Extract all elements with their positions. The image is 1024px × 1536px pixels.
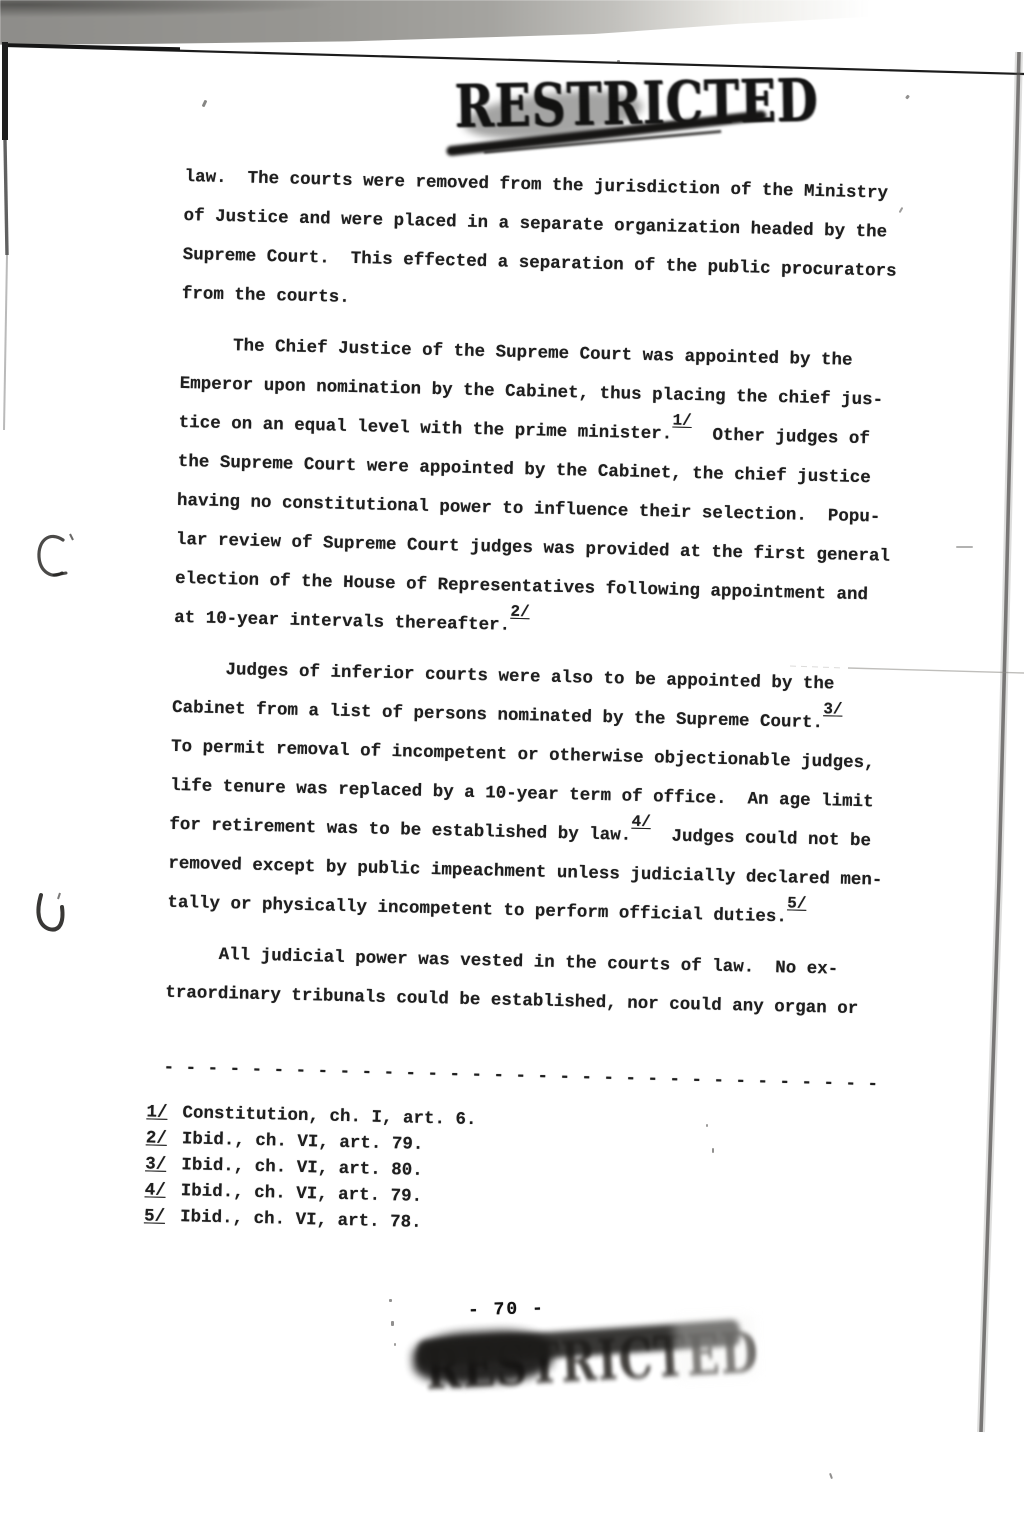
- line-text: election of the House of Representatives…: [175, 569, 868, 605]
- footnote-reference-marker: 3/: [823, 700, 843, 718]
- footnote-reference-marker: 1/: [672, 412, 692, 430]
- scanned-document-page: { "stamps": { "top_text": "RESTRICTED", …: [0, 0, 1024, 1536]
- margin-mark-circle-2: [38, 895, 62, 930]
- line-text: tice on an equal level with the prime mi…: [179, 413, 673, 445]
- noise-speck: [391, 1321, 394, 1326]
- footnote-text: Constitution, ch. I, art. 6.: [182, 1103, 476, 1130]
- line-text: traordinary tribunals could be establish…: [165, 983, 858, 1019]
- line-text: tally or physically incompetent to perfo…: [167, 893, 787, 928]
- noise-speck: [706, 1124, 708, 1127]
- footnote-reference-marker: 2/: [510, 603, 530, 621]
- line-text: for retirement was to be established by …: [169, 815, 631, 846]
- paragraph: The Chief Justice of the Supreme Court w…: [174, 326, 941, 656]
- line-text: Cabinet from a list of persons nominated…: [172, 698, 823, 733]
- line-text: To permit removal of incompetent or othe…: [171, 737, 875, 774]
- line-text: Emperor upon nomination by the Cabinet, …: [179, 374, 883, 411]
- line-text: removed except by public impeachment unl…: [168, 854, 882, 891]
- footnote-text: Ibid., ch. VI, art. 80.: [181, 1155, 423, 1181]
- line-text: at 10-year intervals thereafter.: [174, 608, 510, 636]
- line-text: lar review of Supreme Court judges was p…: [176, 530, 890, 567]
- line-text: from the courts.: [182, 284, 350, 308]
- footnote-number: 1/: [146, 1102, 167, 1122]
- paragraph: All judicial power was vested in the cou…: [165, 935, 927, 1031]
- footnote-reference-marker: 5/: [787, 894, 807, 912]
- footnote-number: 5/: [144, 1206, 165, 1226]
- typed-text-block: law. The courts were removed from the ju…: [160, 158, 945, 1248]
- margin-mark-circle-1: [39, 536, 63, 575]
- footnotes-block: 1/Constitution, ch. I, art. 6.2/Ibid., c…: [144, 1099, 923, 1247]
- line-text: Supreme Court. This effected a separatio…: [182, 245, 896, 282]
- line-text: The Chief Justice of the Supreme Court w…: [180, 335, 852, 371]
- line-text: law. The courts were removed from the ju…: [184, 167, 888, 204]
- stamp-fade: [673, 1315, 756, 1379]
- line-text: the Supreme Court were appointed by the …: [178, 452, 871, 488]
- footnote-separator-dashes: - - - - - - - - - - - - - - - - - - - - …: [163, 1049, 924, 1106]
- line-text: Judges of inferior courts were also to b…: [173, 659, 835, 695]
- footnote-text: Ibid., ch. VI, art. 78.: [180, 1207, 422, 1233]
- restricted-stamp-top: RESTRICTED: [454, 67, 785, 153]
- line-text: of Justice and were placed in a separate…: [183, 206, 887, 243]
- noise-speck: [389, 1299, 392, 1302]
- line-text: All judicial power was vested in the cou…: [166, 944, 838, 980]
- noise-speck: [394, 1343, 396, 1346]
- paragraph: Judges of inferior courts were also to b…: [167, 650, 933, 941]
- body-paragraphs: law. The courts were removed from the ju…: [165, 158, 945, 1031]
- noise-speck: [956, 546, 973, 548]
- line-text: having no constitutional power to influe…: [177, 491, 881, 528]
- line-text: Judges could not be: [650, 826, 871, 851]
- footnote-reference-marker: 4/: [631, 813, 651, 831]
- noise-speck: [617, 60, 620, 63]
- noise-speck: [712, 1148, 714, 1153]
- footnote-text: Ibid., ch. VI, art. 79.: [180, 1181, 422, 1207]
- footnote-number: 2/: [146, 1128, 167, 1148]
- footnote-text: Ibid., ch. VI, art. 79.: [182, 1129, 424, 1155]
- line-text: Other judges of: [691, 425, 870, 449]
- footnote-number: 4/: [144, 1180, 165, 1200]
- footnote-number: 3/: [145, 1154, 166, 1174]
- line-text: life tenure was replaced by a 10-year te…: [170, 776, 874, 813]
- paragraph: law. The courts were removed from the ju…: [181, 158, 944, 332]
- restricted-stamp-bottom: RESTRICTED: [423, 1308, 747, 1410]
